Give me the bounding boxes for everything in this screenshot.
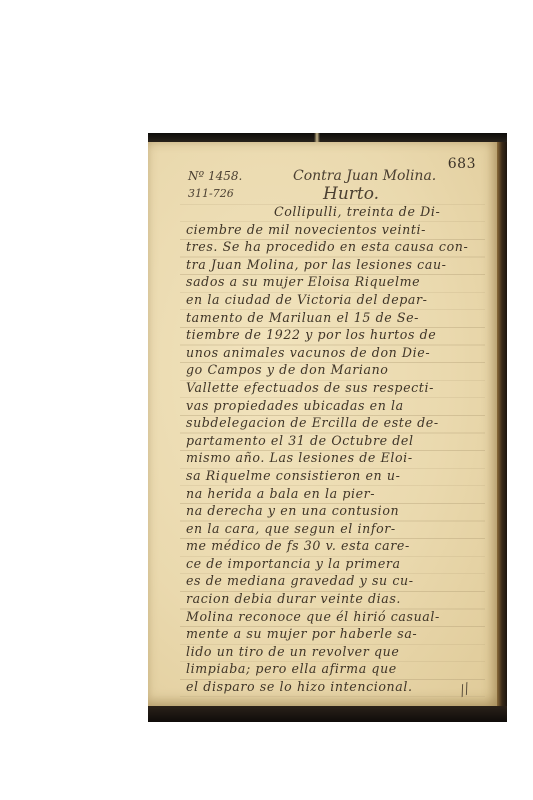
text-line: en la cara, que segun el infor- [186, 520, 491, 538]
text-line: na herida a bala en la pier- [186, 485, 491, 503]
text-line: mente a su mujer por haberle sa- [186, 625, 491, 643]
text-line: tres. Se ha procedido en esta causa con- [186, 238, 491, 256]
text-line: mismo año. Las lesiones de Eloi- [186, 449, 491, 467]
text-line: sados a su mujer Eloisa Riquelme [186, 273, 491, 291]
text-line: tiembre de 1922 y por los hurtos de [186, 326, 491, 344]
page-number: 683 [448, 156, 476, 172]
text-line: sa Riquelme consistieron en u- [186, 467, 491, 485]
text-line: tra Juan Molina, por las lesiones cau- [186, 256, 491, 274]
text-line: Collipulli, treinta de Di- [186, 203, 491, 221]
text-line: vas propiedades ubicadas en la [186, 397, 491, 415]
text-line: unos animales vacunos de don Die- [186, 344, 491, 362]
text-line: tamento de Mariluan el 15 de Se- [186, 309, 491, 327]
page-bottom-edge [148, 706, 507, 722]
handwritten-body: Collipulli, treinta de Di- ciembre de mi… [186, 203, 491, 696]
text-line: go Campos y de don Mariano [186, 361, 491, 379]
text-line: en la ciudad de Victoria del depar- [186, 291, 491, 309]
text-line: me médico de fs 30 v. esta care- [186, 537, 491, 555]
ledger-page: 683 Nº 1458. 311-726 Contra Juan Molina.… [148, 142, 498, 707]
text-line: es de mediana gravedad y su cu- [186, 572, 491, 590]
document-photo: 683 Nº 1458. 311-726 Contra Juan Molina.… [148, 133, 507, 722]
book-binding-edge [497, 142, 507, 722]
text-line: ciembre de mil novecientos veinti- [186, 221, 491, 239]
text-line: lido un tiro de un revolver que [186, 643, 491, 661]
text-line: el disparo se lo hizo intencional. [186, 678, 491, 696]
text-line: Vallette efectuados de sus respecti- [186, 379, 491, 397]
text-line: Molina reconoce que él hirió casual- [186, 608, 491, 626]
case-subject: Hurto. [323, 184, 379, 204]
text-line: na derecha y en una contusion [186, 502, 491, 520]
case-number: Nº 1458. [188, 169, 242, 183]
text-line: ce de importancia y la primera [186, 555, 491, 573]
text-line: racion debia durar veinte dias. [186, 590, 491, 608]
file-code: 311-726 [188, 187, 234, 200]
text-line: partamento el 31 de Octubre del [186, 432, 491, 450]
text-line: subdelegacion de Ercilla de este de- [186, 414, 491, 432]
case-title: Contra Juan Molina. [293, 168, 436, 184]
viewer-canvas: 683 Nº 1458. 311-726 Contra Juan Molina.… [0, 0, 533, 800]
text-line: limpiaba; pero ella afirma que [186, 660, 491, 678]
